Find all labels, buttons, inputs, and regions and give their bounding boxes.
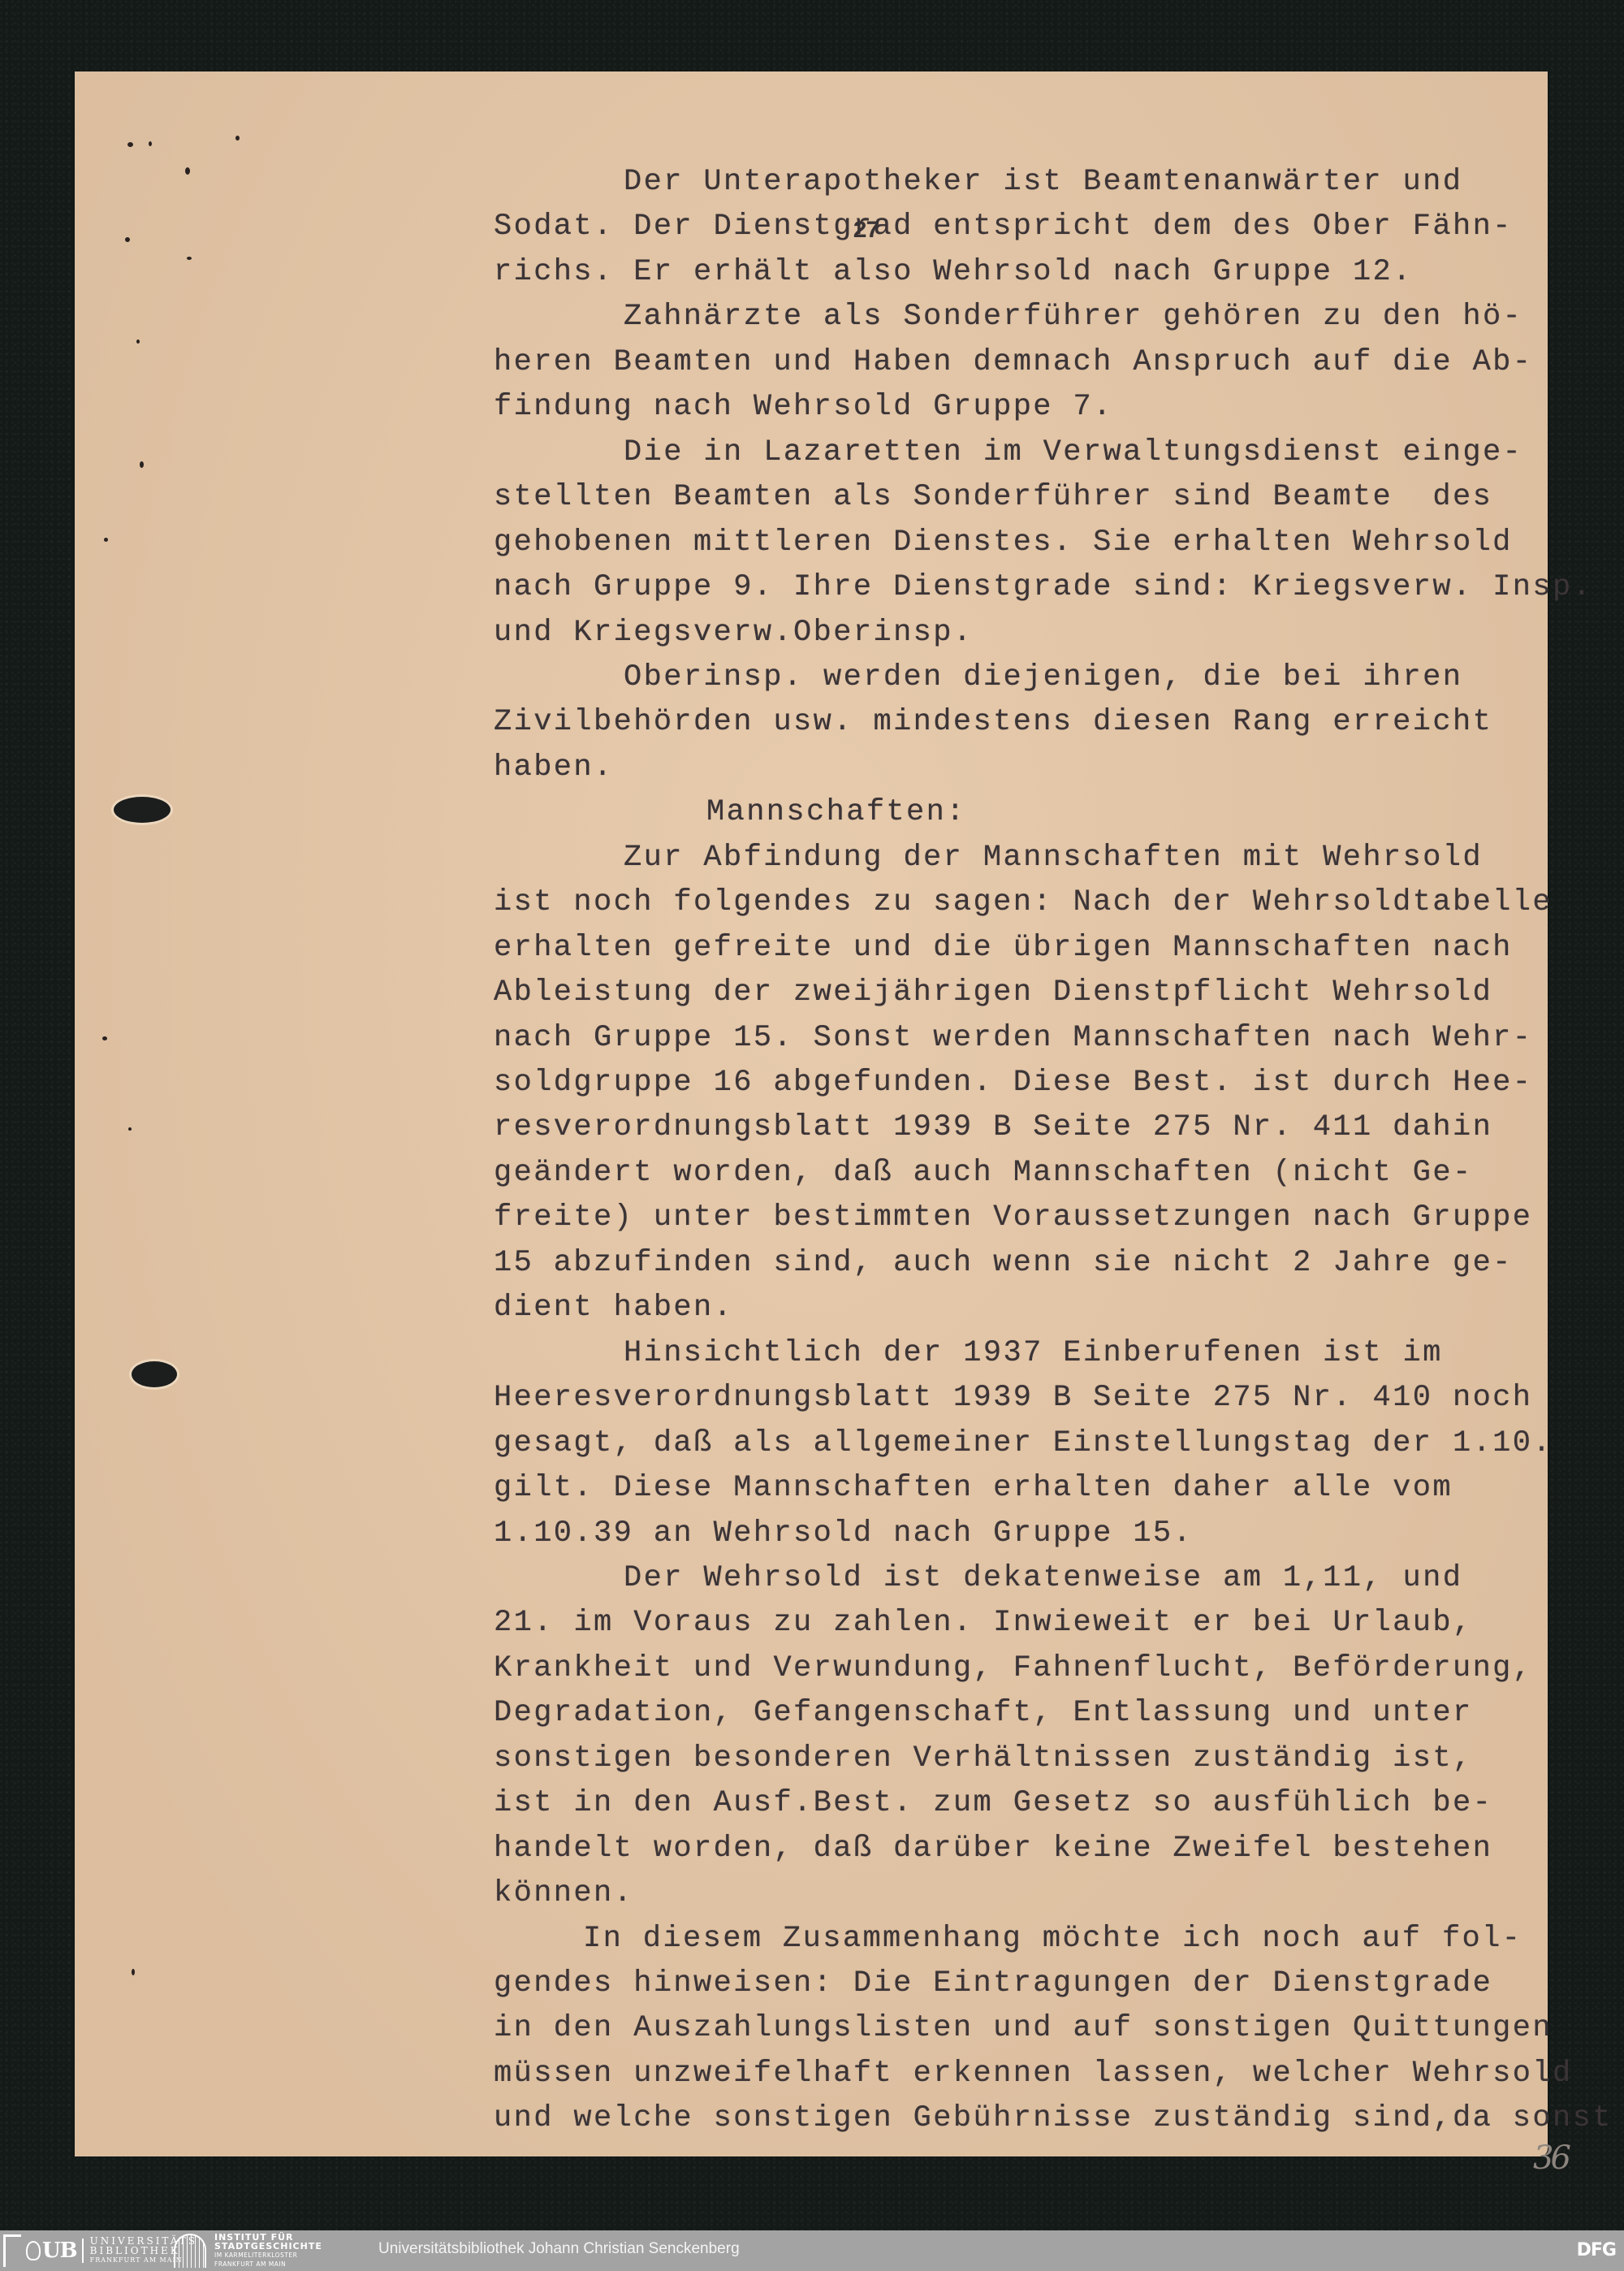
text-line: 1.10.39 an Wehrsold nach Gruppe 15.: [494, 1517, 1193, 1550]
text-line: Oberinsp. werden diejenigen, die bei ihr…: [624, 661, 1462, 694]
text-line: soldgruppe 16 abgefunden. Diese Best. is…: [494, 1066, 1532, 1099]
paper-speck-icon: [128, 1127, 132, 1131]
text-line: nach Gruppe 15. Sonst werden Mannschafte…: [494, 1022, 1532, 1054]
paper-speck-icon: [140, 461, 144, 468]
paper-speck-icon: [187, 257, 192, 260]
library-name[interactable]: Universitätsbibliothek Johann Christian …: [378, 2240, 740, 2258]
text-line: findung nach Wehrsold Gruppe 7.: [494, 391, 1113, 423]
paper-speck-icon: [132, 1969, 135, 1975]
isg-logo-text: INSTITUT FÜR STADTGESCHICHTE IM KARMELIT…: [214, 2233, 322, 2269]
text-line: Der Unterapotheker ist Beamtenanwärter u…: [624, 166, 1462, 198]
ub-letters: UB: [42, 2239, 84, 2263]
portrait-icon: [26, 2241, 41, 2260]
text-line: Zur Abfindung der Mannschaften mit Wehrs…: [624, 841, 1483, 874]
paper-speck-icon: [136, 340, 140, 344]
text-line: gesagt, daß als allgemeiner Einstellungs…: [494, 1427, 1553, 1460]
gothic-arch-icon: [174, 2234, 206, 2268]
paper-speck-icon: [102, 1036, 107, 1040]
text-line: Mannschaften:: [706, 796, 966, 828]
text-line: Sodat. Der Dienstgrad entspricht dem des…: [494, 210, 1513, 243]
text-line: erhalten gefreite und die übrigen Mannsc…: [494, 932, 1513, 964]
text-line: müssen unzweifelhaft erkennen lassen, we…: [494, 2057, 1573, 2090]
text-line: ist in den Ausf.Best. zum Gesetz so ausf…: [494, 1787, 1492, 1819]
isg-line2: STADTGESCHICHTE: [214, 2242, 322, 2251]
text-line: Ableistung der zweijährigen Dienstpflich…: [494, 976, 1492, 1009]
text-line: handelt worden, daß darüber keine Zweife…: [494, 1832, 1492, 1865]
paper-speck-icon: [149, 141, 152, 146]
text-line: gendes hinweisen: Die Eintragungen der D…: [494, 1967, 1492, 2000]
text-line: Die in Lazaretten im Verwaltungsdienst e…: [624, 436, 1522, 469]
paper-speck-icon: [185, 167, 190, 175]
text-line: 15 abzufinden sind, auch wenn sie nicht …: [494, 1247, 1513, 1279]
paper-speck-icon: [104, 538, 108, 542]
paper-speck-icon: [125, 237, 130, 242]
text-line: In diesem Zusammenhang möchte ich noch a…: [583, 1923, 1522, 1955]
text-line: 21. im Voraus zu zahlen. Inwieweit er be…: [494, 1607, 1473, 1639]
ub-logo[interactable]: UB UNIVERSITÄTS BIBLIOTHEK FRANKFURT AM …: [3, 2233, 197, 2269]
text-line: haben.: [494, 751, 614, 784]
text-line: ist noch folgendes zu sagen: Nach der We…: [494, 886, 1553, 919]
text-line: heren Beamten und Haben demnach Anspruch…: [494, 346, 1532, 378]
text-line: Krankheit und Verwundung, Fahnenflucht, …: [494, 1652, 1532, 1685]
footer-bar: UB UNIVERSITÄTS BIBLIOTHEK FRANKFURT AM …: [0, 2230, 1624, 2271]
isg-logo[interactable]: INSTITUT FÜR STADTGESCHICHTE IM KARMELIT…: [174, 2233, 322, 2269]
text-line: gehobenen mittleren Dienstes. Sie erhalt…: [494, 526, 1513, 559]
text-line: geändert worden, daß auch Mannschaften (…: [494, 1157, 1473, 1189]
text-line: sonstigen besonderen Verhältnissen zustä…: [494, 1742, 1473, 1775]
text-line: dient haben.: [494, 1291, 733, 1324]
text-line: richs. Er erhält also Wehrsold nach Grup…: [494, 256, 1413, 288]
text-line: stellten Beamten als Sonderführer sind B…: [494, 481, 1492, 513]
text-line: Degradation, Gefangenschaft, Entlassung …: [494, 1697, 1473, 1729]
paper-speck-icon: [127, 142, 133, 147]
text-line: nach Gruppe 9. Ihre Dienstgrade sind: Kr…: [494, 571, 1592, 603]
isg-line3: IM KARMELITERKLOSTER: [214, 2251, 322, 2260]
text-line: können.: [494, 1877, 633, 1910]
text-line: Heeresverordnungsblatt 1939 B Seite 275 …: [494, 1382, 1532, 1414]
text-line: Zivilbehörden usw. mindestens diesen Ran…: [494, 706, 1492, 738]
dfg-logo[interactable]: DFG: [1577, 2240, 1616, 2260]
punch-hole-icon: [132, 1361, 177, 1387]
text-line: gilt. Diese Mannschaften erhalten daher …: [494, 1472, 1453, 1504]
text-line: und Kriegsverw.Oberinsp.: [494, 616, 974, 649]
text-line: Hinsichtlich der 1937 Einberufenen ist i…: [624, 1337, 1443, 1369]
isg-line4: FRANKFURT AM MAIN: [214, 2260, 322, 2269]
text-line: freite) unter bestimmten Voraussetzungen…: [494, 1201, 1532, 1234]
punch-hole-icon: [114, 797, 171, 823]
text-line: und welche sonstigen Gebührnisse zuständ…: [494, 2102, 1613, 2135]
ub-building-icon: [3, 2234, 21, 2267]
text-line: Zahnärzte als Sonderführer gehören zu de…: [624, 301, 1522, 333]
paper-speck-icon: [235, 136, 240, 141]
document-page: 27 Der Unterapotheker ist Beamtenanwärte…: [75, 71, 1548, 2156]
text-line: Der Wehrsold ist dekatenweise am 1,11, u…: [624, 1562, 1462, 1594]
text-line: in den Auszahlungslisten und auf sonstig…: [494, 2012, 1553, 2044]
margin-annotation: 36: [1533, 2139, 1568, 2177]
text-line: resverordnungsblatt 1939 B Seite 275 Nr.…: [494, 1111, 1492, 1144]
